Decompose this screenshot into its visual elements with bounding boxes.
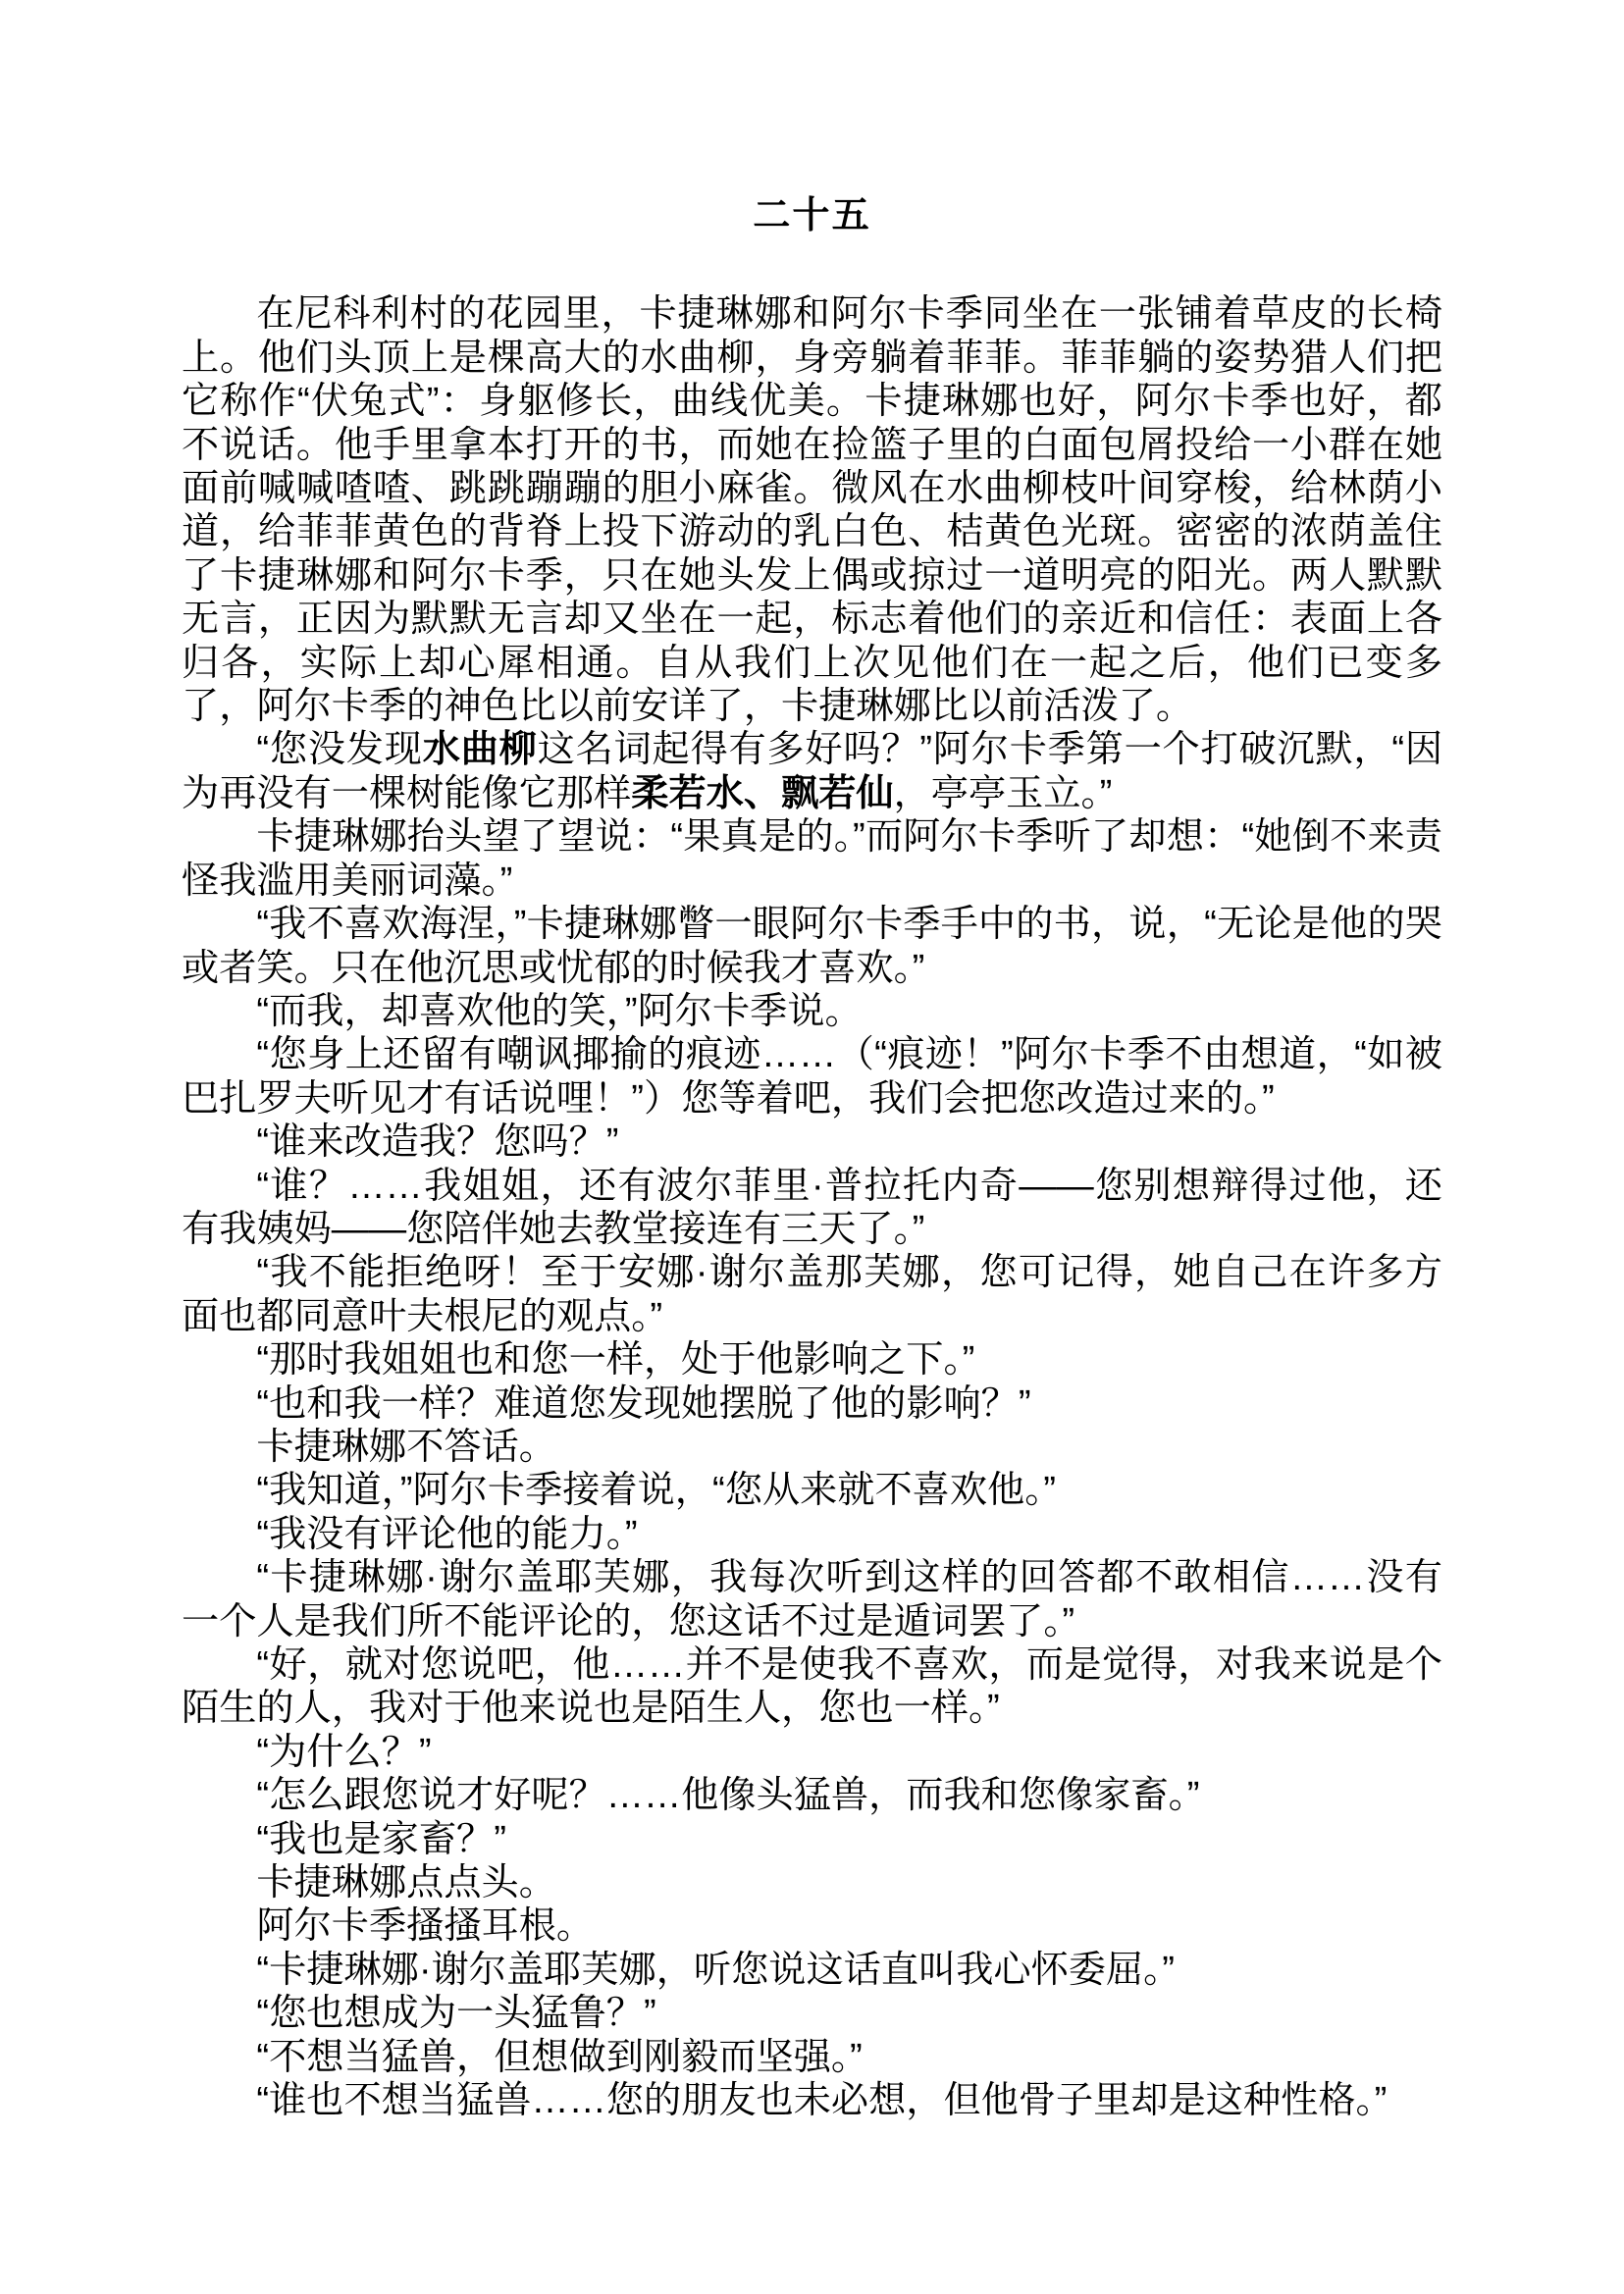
paragraph: “而我，却喜欢他的笑，”阿尔卡季说。 [182,990,1442,1033]
text-segment: “谁也不想当猛兽……您的朋友也未必想，但他骨子里却是这种性格。” [256,2079,1387,2121]
text-segment: “我没有评论他的能力。” [256,1513,637,1555]
text-segment: “我不喜欢海涅，”卡捷琳娜瞥一眼阿尔卡季手中的书，说，“无论是他的哭或者笑。只在… [182,903,1442,988]
paragraph: “卡捷琳娜·谢尔盖耶芙娜，听您说这话直叫我心怀委屈。” [182,1949,1442,1992]
paragraph: 在尼科利村的花园里，卡捷琳娜和阿尔卡季同坐在一张铺着草皮的长椅上。他们头顶上是棵… [182,292,1442,728]
text-segment: “您没发现 [256,728,422,770]
paragraph: “谁？……我姐姐，还有波尔菲里·普拉托内奇——您别想辩得过他，还有我姨妈——您陪… [182,1165,1442,1252]
paragraph: 卡捷琳娜不答话。 [182,1426,1442,1469]
paragraph: “不想当猛兽，但想做到刚毅而坚强。” [182,2036,1442,2079]
paragraph: “也和我一样？难道您发现她摆脱了他的影响？” [182,1382,1442,1426]
paragraph: “谁来改造我？您吗？” [182,1121,1442,1164]
paragraph: “谁也不想当猛兽……您的朋友也未必想，但他骨子里却是这种性格。” [182,2079,1442,2122]
text-segment: “而我，却喜欢他的笑，”阿尔卡季说。 [256,990,862,1032]
text-segment: “怎么跟您说才好呢？……他像头猛兽，而我和您像家畜。” [256,1774,1199,1816]
paragraph: “您身上还留有嘲讽揶揄的痕迹……（“痕迹！”阿尔卡季不由想道，“如被巴扎罗夫听见… [182,1033,1442,1121]
paragraph: “我没有评论他的能力。” [182,1513,1442,1556]
text-segment: “我知道，”阿尔卡季接着说，“您从来就不喜欢他。” [256,1469,1056,1511]
text-segment: “您身上还留有嘲讽揶揄的痕迹……（“痕迹！”阿尔卡季不由想道，“如被巴扎罗夫听见… [182,1033,1442,1119]
text-segment: 阿尔卡季搔搔耳根。 [256,1904,594,1947]
text-segment: “谁？……我姐姐，还有波尔菲里·普拉托内奇——您别想辩得过他，还有我姨妈——您陪… [182,1165,1442,1250]
text-segment: ，亭亭玉立。” [894,772,1113,814]
paragraph: “我知道，”阿尔卡季接着说，“您从来就不喜欢他。” [182,1469,1442,1512]
paragraph: 卡捷琳娜抬头望了望说：“果真是的。”而阿尔卡季听了却想：“她倒不来责怪我滥用美丽… [182,815,1442,903]
paragraph: “您也想成为一头猛鲁？” [182,1992,1442,2035]
paragraph: “好，就对您说吧，他……并不是使我不喜欢，而是觉得，对我来说是个陌生的人，我对于… [182,1643,1442,1731]
paragraph: 阿尔卡季搔搔耳根。 [182,1904,1442,1948]
paragraph: “我不能拒绝呀！至于安娜·谢尔盖那芙娜，您可记得，她自己在许多方面也都同意叶夫根… [182,1251,1442,1338]
text-segment: “我不能拒绝呀！至于安娜·谢尔盖那芙娜，您可记得，她自己在许多方面也都同意叶夫根… [182,1251,1442,1336]
text-segment: “好，就对您说吧，他……并不是使我不喜欢，而是觉得，对我来说是个陌生的人，我对于… [182,1643,1442,1729]
text-segment: “谁来改造我？您吗？” [256,1121,618,1163]
document-page: 二十五 在尼科利村的花园里，卡捷琳娜和阿尔卡季同坐在一张铺着草皮的长椅上。他们头… [182,0,1442,2122]
text-segment: “您也想成为一头猛鲁？” [256,1992,655,2034]
text-segment: 在尼科利村的花园里，卡捷琳娜和阿尔卡季同坐在一张铺着草皮的长椅上。他们头顶上是棵… [182,292,1442,727]
paragraph: “我不喜欢海涅，”卡捷琳娜瞥一眼阿尔卡季手中的书，说，“无论是他的哭或者笑。只在… [182,903,1442,990]
text-segment: 卡捷琳娜点点头。 [256,1861,556,1903]
paragraph: “怎么跟您说才好呢？……他像头猛兽，而我和您像家畜。” [182,1774,1442,1817]
paragraph: “您没发现水曲柳这名词起得有多好吗？”阿尔卡季第一个打破沉默，“因为再没有一棵树… [182,728,1442,815]
text-segment: 卡捷琳娜不答话。 [256,1426,556,1468]
paragraph: “为什么？” [182,1731,1442,1774]
text-segment: “也和我一样？难道您发现她摆脱了他的影响？” [256,1382,1030,1425]
text-segment: “卡捷琳娜·谢尔盖耶芙娜，我每次听到这样的回答都不敢相信……没有一个人是我们所不… [182,1556,1442,1642]
text-segment: “我也是家畜？” [256,1818,506,1860]
emphasized-term: 水曲柳 [423,728,538,770]
paragraph: “那时我姐姐也和您一样，处于他影响之下。” [182,1338,1442,1382]
emphasized-term: 柔若水、飘若仙 [631,772,893,814]
paragraph: “卡捷琳娜·谢尔盖耶芙娜，我每次听到这样的回答都不敢相信……没有一个人是我们所不… [182,1556,1442,1643]
chapter-body: 在尼科利村的花园里，卡捷琳娜和阿尔卡季同坐在一张铺着草皮的长椅上。他们头顶上是棵… [182,292,1442,2122]
paragraph: “我也是家畜？” [182,1818,1442,1861]
text-segment: “为什么？” [256,1731,431,1773]
text-segment: “那时我姐姐也和您一样，处于他影响之下。” [256,1338,974,1381]
text-segment: 卡捷琳娜抬头望了望说：“果真是的。”而阿尔卡季听了却想：“她倒不来责怪我滥用美丽… [182,815,1442,901]
paragraph: 卡捷琳娜点点头。 [182,1861,1442,1904]
text-segment: “卡捷琳娜·谢尔盖耶芙娜，听您说这话直叫我心怀委屈。” [256,1949,1175,1991]
chapter-title: 二十五 [182,194,1442,237]
text-segment: “不想当猛兽，但想做到刚毅而坚强。” [256,2036,862,2078]
